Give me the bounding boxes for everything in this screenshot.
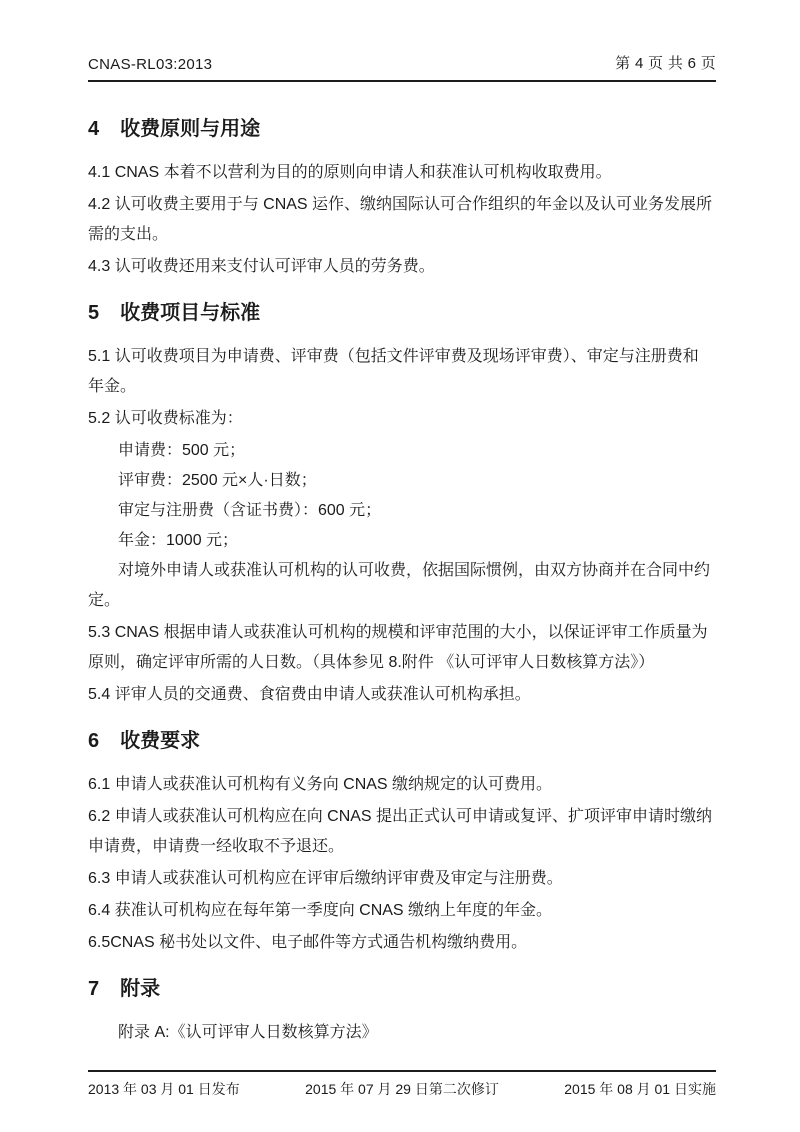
fee-item-assessment: 评审费：2500 元×人·日数； [88,466,716,496]
para-overseas-fee: 对境外申请人或获准认可机构的认可收费，依据国际惯例，由双方协商并在合同中约 定。 [88,556,716,616]
para-6-3: 6.3 申请人或获准认可机构应在评审后缴纳评审费及审定与注册费。 [88,864,716,894]
document-body: 4 收费原则与用途 4.1 CNAS 本着不以营利为目的的原则向申请人和获准认可… [88,108,716,1048]
footer-issue-date: 2013 年 03 月 01 日发布 [88,1079,240,1099]
section-number: 7 [88,976,99,1002]
footer-implementation-date: 2015 年 08 月 01 日实施 [564,1079,716,1099]
para-5-2: 5.2 认可收费标准为： [88,404,716,434]
para-6-2: 6.2 申请人或获准认可机构应在向 CNAS 提出正式认可申请或复评、扩项评审申… [88,802,716,862]
section-title: 收费项目与标准 [120,300,260,326]
section-title: 收费原则与用途 [120,116,260,142]
section-title: 附录 [120,976,160,1002]
document-page: CNAS-RL03:2013 第 4 页 共 6 页 4 收费原则与用途 4.1… [0,0,800,1132]
page-number-indicator: 第 4 页 共 6 页 [615,52,716,73]
section-heading-4: 4 收费原则与用途 [88,116,716,142]
section-heading-6: 6 收费要求 [88,728,716,754]
section-title: 收费要求 [120,728,200,754]
para-5-1: 5.1 认可收费项目为申请费、评审费（包括文件评审费及现场评审费）、审定与注册费… [88,342,716,402]
section-heading-7: 7 附录 [88,976,716,1002]
section-number: 5 [88,300,99,326]
fee-item-annual: 年金：1000 元； [88,526,716,556]
fee-item-application: 申请费：500 元； [88,436,716,466]
page-footer: 2013 年 03 月 01 日发布 2015 年 07 月 29 日第二次修订… [88,1070,716,1099]
page-header: CNAS-RL03:2013 第 4 页 共 6 页 [88,52,716,82]
para-4-3: 4.3 认可收费还用来支付认可评审人员的劳务费。 [88,252,716,282]
section-heading-5: 5 收费项目与标准 [88,300,716,326]
para-6-4: 6.4 获准认可机构应在每年第一季度向 CNAS 缴纳上年度的年金。 [88,896,716,926]
para-4-1: 4.1 CNAS 本着不以营利为目的的原则向申请人和获准认可机构收取费用。 [88,158,716,188]
para-5-3: 5.3 CNAS 根据申请人或获准认可机构的规模和评审范围的大小，以保证评审工作… [88,618,716,678]
para-6-5: 6.5CNAS 秘书处以文件、电子邮件等方式通告机构缴纳费用。 [88,928,716,958]
appendix-a-reference: 附录 A:《认可评审人日数核算方法》 [88,1018,716,1048]
section-number: 4 [88,116,99,142]
document-code: CNAS-RL03:2013 [88,56,212,73]
section-number: 6 [88,728,99,754]
footer-revision-date: 2015 年 07 月 29 日第二次修订 [240,1079,565,1099]
fee-item-registration: 审定与注册费（含证书费）：600 元； [88,496,716,526]
para-4-2: 4.2 认可收费主要用于与 CNAS 运作、缴纳国际认可合作组织的年金以及认可业… [88,190,716,250]
para-5-4: 5.4 评审人员的交通费、食宿费由申请人或获准认可机构承担。 [88,680,716,710]
para-6-1: 6.1 申请人或获准认可机构有义务向 CNAS 缴纳规定的认可费用。 [88,770,716,800]
